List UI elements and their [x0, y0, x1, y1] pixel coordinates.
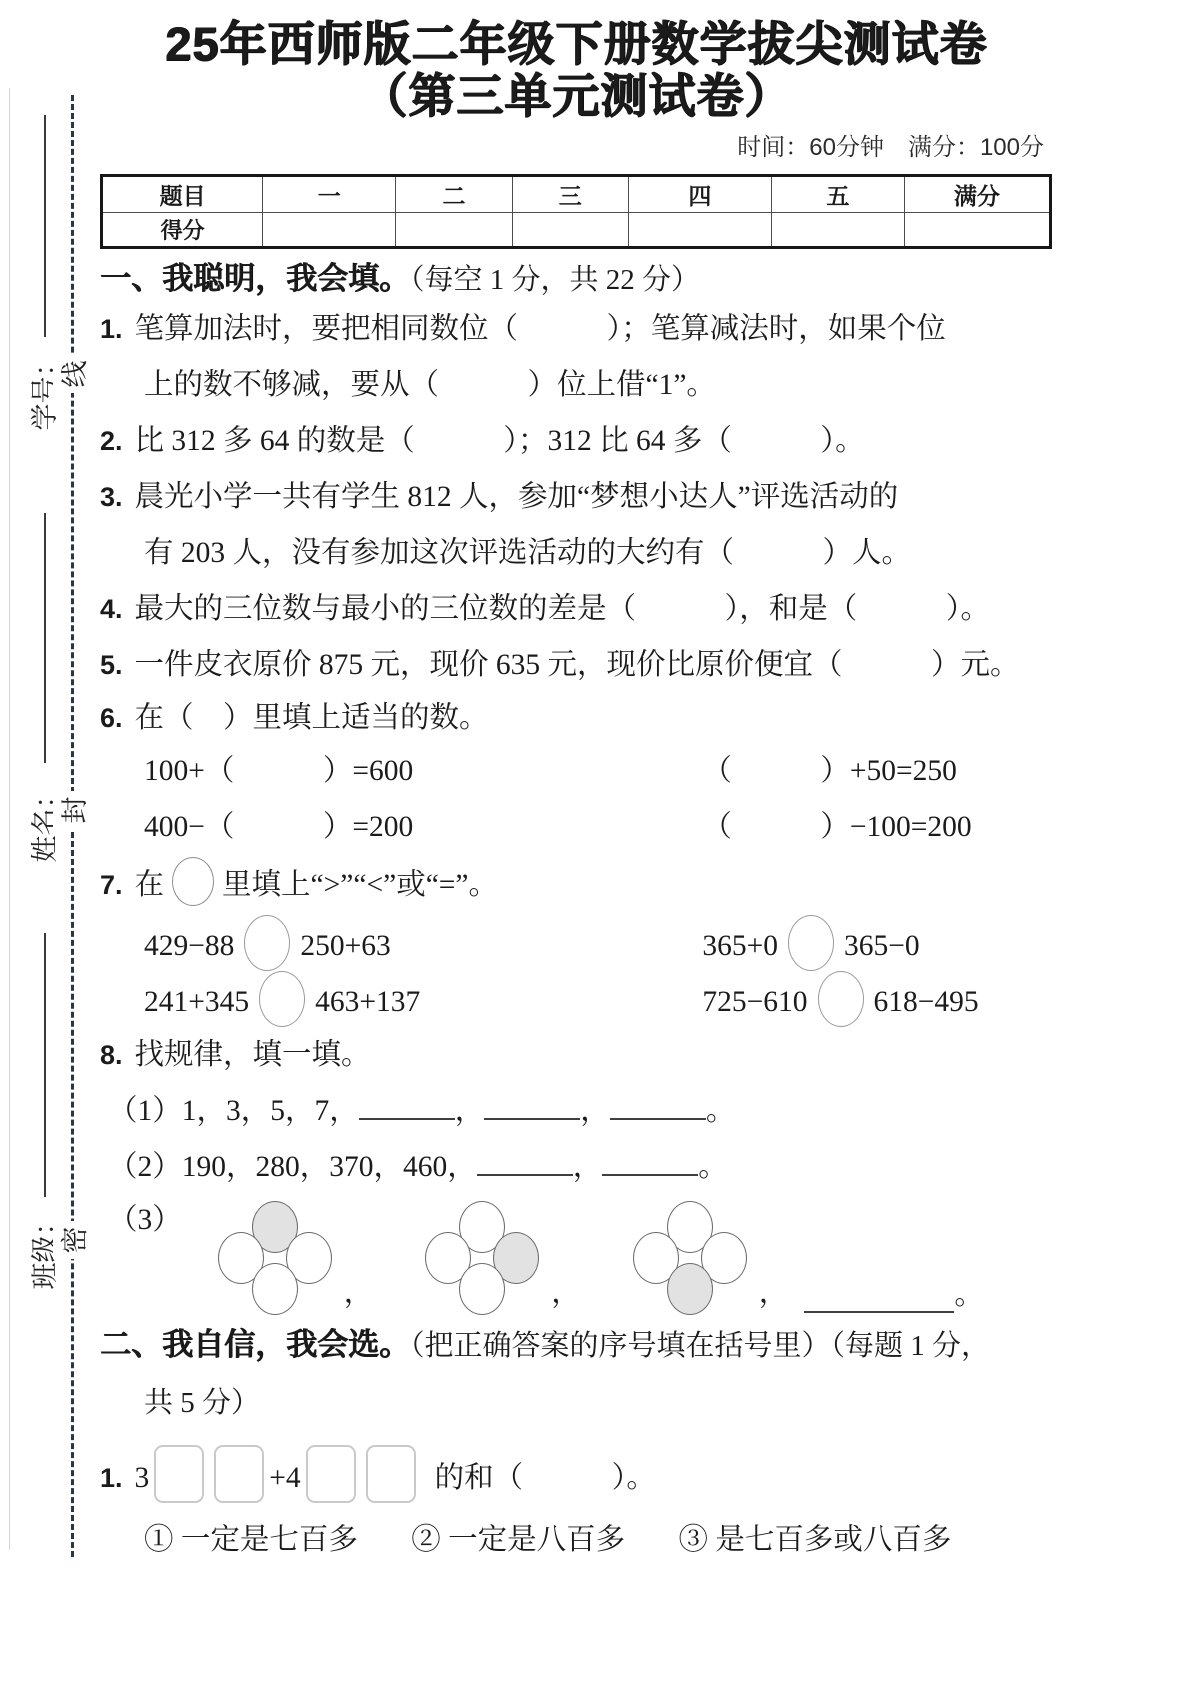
page-title-line2: （第三单元测试卷） — [100, 70, 1052, 122]
score-row-label: 得分 — [102, 213, 263, 248]
s1-q6-number: 6. — [100, 703, 135, 733]
period: 。 — [954, 1271, 984, 1313]
score-cell — [904, 213, 1050, 248]
option-2: ② 一定是八百多 — [411, 1524, 625, 1556]
equation: （ ）−100=200 — [702, 811, 971, 843]
s1-q1-number: 1. — [100, 314, 135, 344]
seal-char-xian: 线 — [53, 355, 91, 393]
section2-note1: （把正确答案的序号填在括号里）（每题 1 分， — [410, 1330, 990, 1362]
s1-q7-number: 7. — [100, 870, 135, 900]
page-title-line1: 25年西师版二年级下册数学拔尖测试卷 — [100, 18, 1052, 70]
comparison: 365+0365−0 — [702, 930, 919, 962]
score-header-timu: 题目 — [102, 176, 263, 213]
section1-title: 一、我聪明，我会填。 — [100, 261, 410, 296]
s1-q7-line: 7.在里填上“>”“<”或“=”。 — [100, 855, 1052, 915]
s2-q1-p3: 的和（ ）。 — [421, 1462, 656, 1494]
comparison: 429−88250+63 — [144, 915, 695, 974]
sub2-label: （2） — [108, 1151, 182, 1183]
score-cell — [263, 213, 396, 248]
comma: ， — [580, 1095, 610, 1127]
pattern-circle — [459, 1263, 505, 1315]
s1-q5-number: 5. — [100, 650, 135, 680]
sub3-label: （3） — [108, 1195, 182, 1245]
s1-q7-compare-row1: 429−88250+63 365+0365−0 — [100, 915, 1052, 971]
section2-title: 二、我自信，我会选。 — [100, 1327, 410, 1362]
sub2-prefix: 190，280，370，460， — [182, 1151, 477, 1183]
score-header-4: 四 — [628, 176, 771, 213]
s1-q6-equations-row2: 400−（ ）=200 （ ）−100=200 — [100, 799, 1052, 855]
comma: ， — [537, 1269, 597, 1313]
circle-pattern-2 — [425, 1201, 537, 1313]
equation: 400−（ ）=200 — [144, 799, 695, 855]
s2-q1-p2: +4 — [269, 1462, 300, 1494]
comma: ， — [455, 1095, 485, 1127]
s1-q6-text: 在（ ）里填上适当的数。 — [135, 702, 489, 734]
s1-q3-number: 3. — [100, 482, 135, 512]
s1-q4-text: 最大的三位数与最小的三位数的差是（ ），和是（ ）。 — [135, 593, 991, 625]
s1-q1-text2: 上的数不够减，要从（ ）位上借“1”。 — [144, 369, 716, 401]
s1-q3-line2: 有 203 人，没有参加这次评选活动的大约有（ ）人。 — [100, 525, 1052, 581]
fill-blank — [610, 1088, 706, 1120]
fill-blank — [484, 1088, 580, 1120]
sub1-prefix: 1，3，5，7， — [182, 1095, 359, 1127]
digit-box-blank — [306, 1445, 356, 1503]
compare-circle-blank — [259, 971, 305, 1027]
s1-q1-line2: 上的数不够减，要从（ ）位上借“1”。 — [100, 357, 1052, 413]
pattern-circle — [252, 1263, 298, 1315]
compare-circle-blank — [172, 857, 214, 906]
section2-header: 二、我自信，我会选。（把正确答案的序号填在括号里）（每题 1 分， — [100, 1315, 1052, 1375]
period: 。 — [698, 1151, 728, 1183]
s1-q2-text: 比 312 多 64 的数是（ ）；312 比 64 多（ ）。 — [135, 425, 865, 457]
s1-q3-text1: 晨光小学一共有学生 812 人，参加“梦想小达人”评选活动的 — [135, 481, 899, 513]
comma: ， — [745, 1269, 805, 1313]
s1-q6-equations-row1: 100+（ ）=600 （ ）+50=250 — [100, 743, 1052, 799]
s2-q1-p1: 3 — [135, 1462, 150, 1494]
s1-q5-line: 5.一件皮衣原价 875 元，现价 635 元，现价比原价便宜（ ）元。 — [100, 637, 1052, 693]
class-blank-line — [44, 933, 46, 1197]
comparison-left: 365+0 — [702, 930, 778, 962]
name-blank-line — [44, 513, 46, 763]
s1-q8-text: 找规律，填一填。 — [135, 1039, 371, 1071]
s1-q8-line: 8.找规律，填一填。 — [100, 1027, 1052, 1083]
comma: ， — [573, 1151, 603, 1183]
seal-char-mi: 密 — [53, 1221, 91, 1259]
digit-box-blank — [154, 1445, 204, 1503]
comparison-left: 725−610 — [702, 986, 807, 1018]
s1-q5-text: 一件皮衣原价 875 元，现价 635 元，现价比原价便宜（ ）元。 — [135, 649, 1020, 681]
s1-q2-number: 2. — [100, 426, 135, 456]
circle-pattern-1 — [218, 1201, 330, 1313]
s1-q8-number: 8. — [100, 1040, 135, 1070]
s1-q3-text2: 有 203 人，没有参加这次评选活动的大约有（ ）人。 — [144, 537, 911, 569]
comparison-right: 463+137 — [315, 986, 420, 1018]
comparison-left: 429−88 — [144, 930, 234, 962]
option-1: ① 一定是七百多 — [144, 1524, 358, 1556]
s1-q1-text1: 笔算加法时，要把相同数位（ ）；笔算减法时，如果个位 — [135, 313, 946, 345]
section1-note: （每空 1 分，共 22 分） — [410, 264, 700, 296]
score-table-header-row: 题目 一 二 三 四 五 满分 — [102, 176, 1051, 213]
fill-blank — [477, 1144, 573, 1176]
score-table: 题目 一 二 三 四 五 满分 得分 — [100, 174, 1052, 249]
comparison-right: 618−495 — [874, 986, 979, 1018]
s1-q7-pre: 在 — [135, 869, 165, 901]
s1-q1-line1: 1.笔算加法时，要把相同数位（ ）；笔算减法时，如果个位 — [100, 301, 1052, 357]
option-3: ③ 是七百多或八百多 — [679, 1524, 952, 1556]
section1-header: 一、我聪明，我会填。（每空 1 分，共 22 分） — [100, 257, 1052, 301]
seal-char-feng: 封 — [53, 791, 91, 829]
score-header-3: 三 — [512, 176, 628, 213]
pattern-circle — [667, 1263, 713, 1315]
compare-circle-blank — [788, 915, 834, 971]
score-cell — [771, 213, 904, 248]
page-title: 25年西师版二年级下册数学拔尖测试卷 （第三单元测试卷） — [100, 18, 1052, 122]
equation: 100+（ ）=600 — [144, 743, 695, 799]
s1-q7-post: 里填上“>”“<”或“=”。 — [222, 869, 498, 901]
s1-q8-sub2: （2）190，280，370，460，，。 — [100, 1139, 1052, 1195]
score-header-1: 一 — [263, 176, 396, 213]
s1-q8-sub3: （3） ， ， ， 。 — [100, 1195, 1052, 1313]
comparison: 241+345463+137 — [144, 971, 695, 1030]
circle-pattern-3 — [633, 1201, 745, 1313]
period: 。 — [706, 1095, 736, 1127]
score-header-total: 满分 — [904, 176, 1050, 213]
exam-paper: 25年西师版二年级下册数学拔尖测试卷 （第三单元测试卷） 时间：60分钟 满分：… — [100, 0, 1052, 1569]
s1-q7-compare-row2: 241+345463+137 725−610618−495 — [100, 971, 1052, 1027]
comma: ， — [330, 1269, 390, 1313]
digit-box-blank — [214, 1445, 264, 1503]
section2-note-line2: 共 5 分） — [100, 1375, 1052, 1431]
s2-q1-number: 1. — [100, 1463, 135, 1493]
score-header-2: 二 — [396, 176, 513, 213]
equation: （ ）+50=250 — [702, 755, 957, 787]
fill-blank — [359, 1088, 455, 1120]
score-header-5: 五 — [771, 176, 904, 213]
page-edge-line — [9, 88, 10, 1550]
comparison-right: 250+63 — [300, 930, 390, 962]
s2-q1-line: 1.3+4的和（ ）。 — [100, 1445, 1052, 1511]
score-cell — [628, 213, 771, 248]
score-cell — [512, 213, 628, 248]
s1-q3-line1: 3.晨光小学一共有学生 812 人，参加“梦想小达人”评选活动的 — [100, 469, 1052, 525]
s1-q6-line: 6.在（ ）里填上适当的数。 — [100, 693, 1052, 743]
sub1-label: （1） — [108, 1095, 182, 1127]
fill-blank — [602, 1144, 698, 1176]
s2-q1-options: ① 一定是七百多 ② 一定是八百多 ③ 是七百多或八百多 — [100, 1511, 1052, 1569]
comparison-right: 365−0 — [844, 930, 920, 962]
s1-q8-sub1: （1）1，3，5，7，，，。 — [100, 1083, 1052, 1139]
compare-circle-blank — [244, 915, 290, 971]
section2-note2: 共 5 分） — [144, 1387, 260, 1419]
s1-q2-line: 2.比 312 多 64 的数是（ ）；312 比 64 多（ ）。 — [100, 413, 1052, 469]
student-id-blank-line — [44, 115, 46, 337]
digit-box-blank — [366, 1445, 416, 1503]
comparison: 725−610618−495 — [702, 986, 978, 1018]
comparison-left: 241+345 — [144, 986, 249, 1018]
score-cell — [396, 213, 513, 248]
compare-circle-blank — [818, 971, 864, 1027]
s1-q4-line: 4.最大的三位数与最小的三位数的差是（ ），和是（ ）。 — [100, 581, 1052, 637]
s1-q4-number: 4. — [100, 594, 135, 624]
score-table-score-row: 得分 — [102, 213, 1051, 248]
fill-blank — [804, 1281, 954, 1313]
exam-meta: 时间：60分钟 满分：100分 — [100, 134, 1052, 162]
